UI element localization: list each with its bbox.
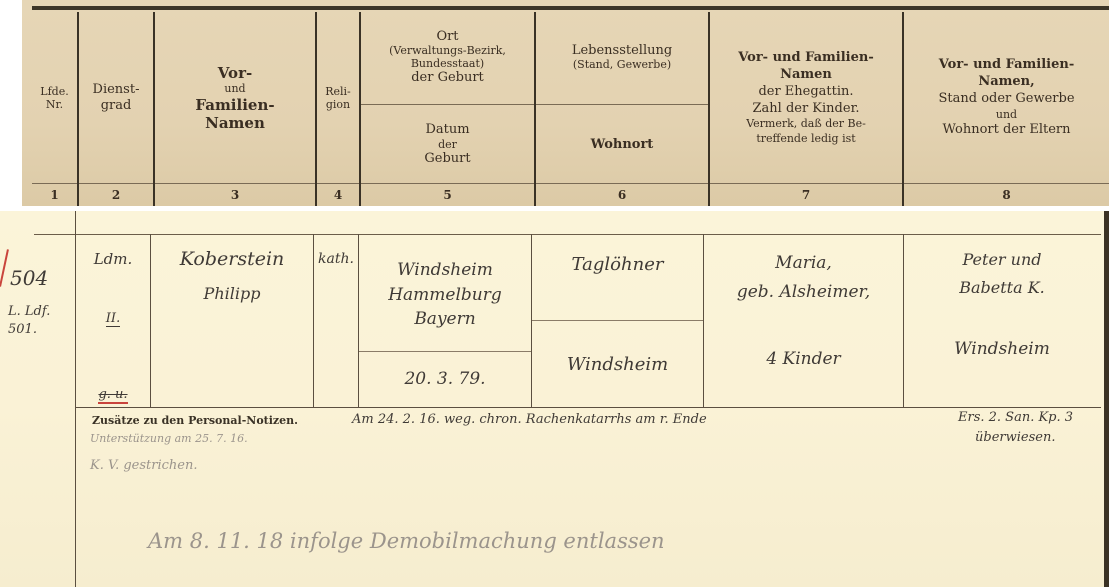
page-edge — [1104, 211, 1109, 587]
column-number: 3 — [155, 183, 315, 206]
margin-note-line: L. Ldf. — [8, 303, 50, 321]
header-top-rule — [32, 6, 1109, 10]
birth-date: 20. 3. 79. — [359, 354, 531, 404]
parents-residence: Windsheim — [904, 334, 1100, 364]
column-number: 5 — [361, 183, 534, 206]
entry-col-religion: kath. — [314, 234, 359, 407]
rank-class: II. — [76, 304, 150, 334]
header-col-occupation: Lebensstellung (Stand, Gewerbe) Wohnort … — [536, 12, 710, 206]
header-label: Wohnort — [591, 137, 654, 153]
header-label: Namen — [780, 67, 832, 84]
entry-col-occupation: Taglöhner Windsheim — [532, 234, 704, 407]
column-number: 1 — [32, 183, 77, 206]
given-name: Philipp — [151, 278, 313, 308]
header-col-name: Vor- und Familien- Namen 3 — [155, 12, 317, 206]
entry-col-parents: Peter und Babetta K. Windsheim — [904, 234, 1100, 407]
column-number: 2 — [79, 183, 153, 206]
header-label: und — [996, 108, 1017, 122]
header-label: Lfde. — [40, 85, 68, 98]
header-label: Vor- — [218, 64, 252, 82]
occupation: Taglöhner — [532, 244, 703, 284]
column-number: 6 — [536, 183, 708, 206]
header-label: Vor- und Familien- — [738, 50, 873, 67]
column-number: 7 — [710, 183, 902, 206]
header-col-spouse: Vor- und Familien- Namen der Ehegattin. … — [710, 12, 904, 206]
header-label: gion — [326, 98, 350, 111]
header-label: Bundesstaat) — [411, 58, 484, 71]
entry-col-birth: Windsheim Hammelburg Bayern 20. 3. 79. — [359, 234, 532, 407]
header-col-religion: Reli- gion 4 — [317, 12, 361, 206]
notes-label: Zusätze zu den Personal-Notizen. — [92, 414, 298, 427]
column-number: 8 — [904, 183, 1109, 206]
entry-number: 504 — [10, 266, 48, 290]
header-label: Dienst- — [93, 82, 140, 98]
note-ink-1: Am 24. 2. 16. weg. chron. Rachenkatarrhs… — [352, 412, 707, 427]
header-label: Namen — [205, 114, 265, 132]
header-col-lfd-nr: Lfde. Nr. 1 — [32, 12, 79, 206]
header-label: (Stand, Gewerbe) — [573, 59, 671, 72]
parents-names-line2: Babetta K. — [904, 274, 1100, 300]
note-pencil-discharge: Am 8. 11. 18 infolge Demobilmachung entl… — [148, 529, 665, 553]
header-col-parents: Vor- und Familien- Namen, Stand oder Gew… — [904, 12, 1109, 206]
header-label: Reli- — [325, 85, 351, 98]
residence: Windsheim — [532, 339, 703, 389]
cell-divider — [532, 320, 703, 321]
note-pencil-1: Unterstützung am 25. 7. 16. — [90, 432, 248, 445]
header-label: Lebensstellung — [572, 44, 672, 59]
entry-col-dienstgrad: Ldm. II. g. u. — [76, 234, 151, 407]
column-number: 4 — [317, 183, 359, 206]
header-label: Vor- und Familien- — [939, 57, 1074, 74]
children-count: 4 Kinder — [704, 344, 903, 374]
birth-place: Windsheim Hammelburg Bayern — [359, 240, 531, 350]
header-label: Wohnort der Eltern — [943, 122, 1071, 139]
header-label: Nr. — [46, 98, 63, 111]
entry-col-name: Koberstein Philipp — [151, 234, 314, 407]
entry-col-spouse: Maria, geb. Alsheimer, 4 Kinder — [704, 234, 904, 407]
header-label: und — [224, 82, 245, 95]
header-col-dienstgrad: Dienst- grad 2 — [79, 12, 155, 206]
entry-bottom-rule — [75, 407, 1101, 408]
spouse-name: Maria, — [704, 250, 903, 276]
red-margin-mark — [0, 249, 9, 287]
header-label: der Ehegattin. — [758, 84, 853, 101]
header-label: Vermerk, daß der Be- — [746, 117, 866, 131]
cell-divider — [359, 351, 531, 352]
header-label: Datum — [425, 122, 469, 138]
header-col-birth: Ort (Verwaltungs-Bezirk, Bundesstaat) de… — [361, 12, 536, 206]
parents-names: Peter und — [904, 246, 1100, 272]
header-label: Geburt — [424, 151, 470, 167]
header-label: Zahl der Kinder. — [753, 101, 860, 118]
margin-note-line: 501. — [8, 321, 50, 339]
register-header: Lfde. Nr. 1 Dienst- grad 2 Vor- und Fami… — [22, 0, 1109, 206]
note-ink-2: Ers. 2. San. Kp. 3 — [958, 410, 1073, 425]
header-label: der — [438, 138, 457, 151]
header-label: der Geburt — [411, 71, 484, 86]
header-label: Ort — [436, 30, 458, 45]
religion: kath. — [314, 244, 358, 274]
surname: Koberstein — [151, 244, 313, 274]
header-label: Namen, — [978, 74, 1034, 91]
header-label: Stand oder Gewerbe — [938, 91, 1074, 108]
note-pencil-2: K. V. gestrichen. — [90, 458, 198, 473]
fitness-note: g. u. — [76, 384, 150, 406]
spouse-maiden-name: geb. Alsheimer, — [704, 279, 903, 305]
register-entry-page: 504 L. Ldf. 501. Ldm. II. g. u. Koberste… — [0, 211, 1109, 587]
header-label: treffende ledig ist — [756, 132, 855, 146]
note-ink-3: überwiesen. — [975, 430, 1055, 445]
rank: Ldm. — [76, 244, 150, 274]
margin-note: L. Ldf. 501. — [8, 303, 50, 339]
header-label: Familien- — [195, 96, 274, 114]
header-label: grad — [101, 98, 132, 114]
